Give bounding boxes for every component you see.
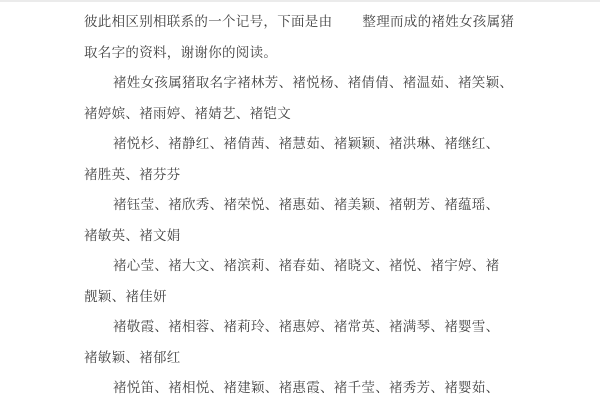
text-line: 褚钰莹、褚欣秀、褚荣悦、褚惠茹、褚美颖、褚朝芳、褚蕴瑶、 bbox=[84, 190, 580, 221]
text-line: 取名字的资料，谢谢你的阅读。 bbox=[84, 38, 580, 69]
text-line: 褚婷嫔、褚雨婷、褚婧艺、褚铠文 bbox=[84, 99, 580, 130]
document-page: 彼此相区别相联系的一个记号，下面是由整理而成的褚姓女孩属猪 取名字的资料，谢谢你… bbox=[0, 0, 600, 400]
text-line: 褚胜英、褚芬芬 bbox=[84, 160, 580, 191]
text-line: 褚姓女孩属猪取名字褚林芳、褚悦杨、褚倩倩、褚温茹、褚笑颖、 bbox=[84, 68, 580, 99]
text-line: 靓颖、褚佳妍 bbox=[84, 282, 580, 313]
text-line: 彼此相区别相联系的一个记号，下面是由整理而成的褚姓女孩属猪 bbox=[84, 7, 580, 38]
page-top-edge bbox=[0, 0, 600, 2]
text-line: 褚心莹、褚大文、褚滨莉、褚春茹、褚晓文、褚悦、褚宇婷、褚 bbox=[84, 251, 580, 282]
text-line: 褚敏英、褚文娟 bbox=[84, 221, 580, 252]
text-line: 褚敏颖、褚郁红 bbox=[84, 343, 580, 374]
intro-text-after-gap: 整理而成的褚姓女孩属猪 bbox=[362, 14, 514, 29]
intro-text-before-gap: 彼此相区别相联系的一个记号，下面是由 bbox=[84, 14, 332, 29]
document-body: 彼此相区别相联系的一个记号，下面是由整理而成的褚姓女孩属猪 取名字的资料，谢谢你… bbox=[84, 7, 580, 400]
blank-gap bbox=[332, 25, 362, 26]
text-line: 褚悦杉、褚静红、褚倩茜、褚慧茹、褚颖颖、褚洪琳、褚继红、 bbox=[84, 129, 580, 160]
text-line: 褚悦笛、褚相悦、褚建颖、褚惠霞、褚千莹、褚秀芳、褚婴茹、 bbox=[84, 373, 580, 400]
text-line: 褚敬霞、褚相蓉、褚莉玲、褚惠婷、褚常英、褚满琴、褚婴雪、 bbox=[84, 312, 580, 343]
